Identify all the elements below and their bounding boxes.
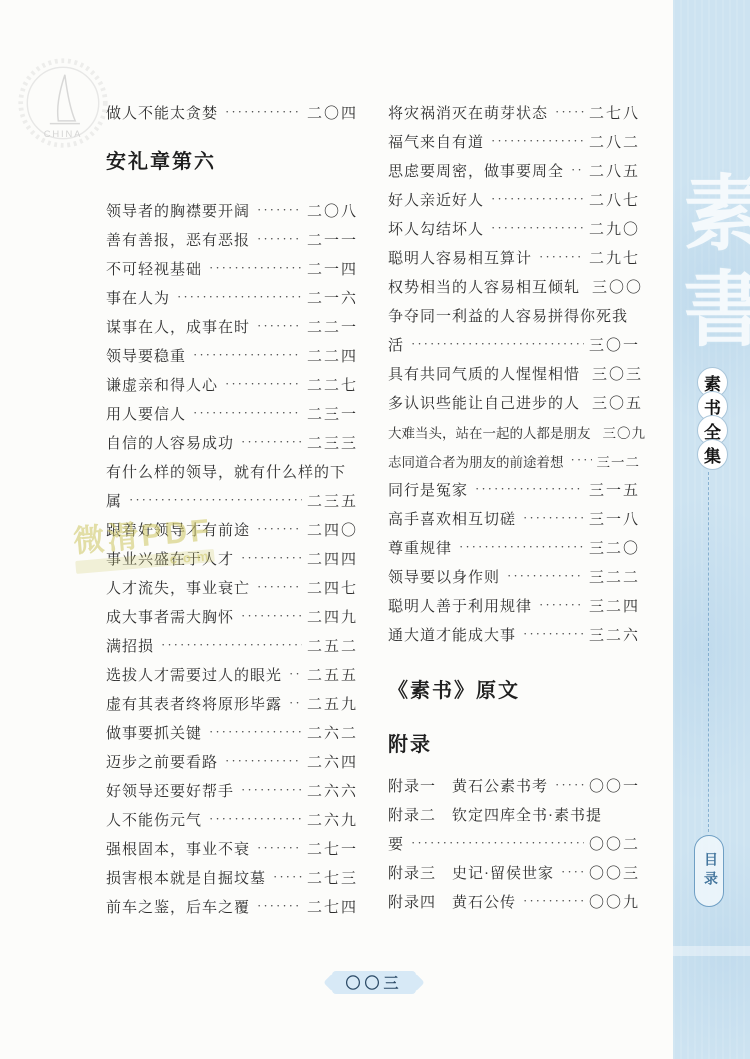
dot-leader: ········································… xyxy=(411,336,584,352)
dot-leader: ········································… xyxy=(129,492,302,508)
dot-leader: ········································… xyxy=(507,568,584,584)
entry-title: 迈步之前要看路 xyxy=(106,751,218,772)
page-number: 二二七 xyxy=(307,374,358,395)
page-number: 〇〇一 xyxy=(589,775,640,796)
toc-entry: 附录四 黄石公传································… xyxy=(388,887,640,916)
entry-title: 跟着好领导才有前途 xyxy=(106,519,250,540)
page-number: 二六六 xyxy=(307,780,358,801)
toc-entry: 前车之鉴，后车之覆·······························… xyxy=(106,892,358,921)
dot-leader: ········································… xyxy=(555,104,584,120)
page-number: 二六九 xyxy=(307,809,358,830)
dot-leader: ········································… xyxy=(539,249,584,265)
entry-title: 人不能伤元气 xyxy=(106,809,202,830)
toc-entry: 谦虚亲和得人心·································… xyxy=(106,370,358,399)
page-number: 二四四 xyxy=(307,548,358,569)
page-number: 二八五 xyxy=(589,160,640,181)
toc-entry: 领导者的胸襟要开阔·······························… xyxy=(106,196,358,225)
toc-entry: 善有善报，恶有恶报·······························… xyxy=(106,225,358,254)
toc-entry: 人不能伤元气··································… xyxy=(106,805,358,834)
toc-entry: 选拔人才需要过人的眼光·····························… xyxy=(106,660,358,689)
toc-entry: 领导要以身作则·································… xyxy=(388,562,640,591)
entry-title: 成大事者需大胸怀 xyxy=(106,606,234,627)
toc-left-column: 做人不能太贪婪·································… xyxy=(106,98,358,921)
page-number: 二七三 xyxy=(307,867,358,888)
publisher-logo-stamp: CHINA xyxy=(16,56,110,150)
dot-leader: ········································… xyxy=(241,550,302,566)
page-number: 二七一 xyxy=(307,838,358,859)
entry-title: 属 xyxy=(106,490,122,511)
dot-leader: ········································… xyxy=(491,133,584,149)
dot-leader: ········································… xyxy=(257,231,302,247)
entry-title: 大难当头，站在一起的人都是朋友 xyxy=(388,422,591,442)
toc-entry: 强根固本，事业不衰·······························… xyxy=(106,834,358,863)
entry-title: 做人不能太贪婪 xyxy=(106,102,218,123)
toc-entry: 活·······································… xyxy=(388,330,640,359)
dot-leader: ········································… xyxy=(257,202,302,218)
toc-entry: 谋事在人，成事在时·······························… xyxy=(106,312,358,341)
dot-leader: ········································… xyxy=(225,753,302,769)
dot-leader: ········································… xyxy=(475,481,584,497)
entry-title: 思虑要周密，做事要周全 xyxy=(388,160,564,181)
dot-leader: ········································… xyxy=(193,347,302,363)
toc-entry: 要·······································… xyxy=(388,829,640,858)
toc-entry: 聪明人善于利用规律·······························… xyxy=(388,591,640,620)
page-number: 二〇四 xyxy=(307,102,358,123)
entry-title: 坏人勾结坏人 xyxy=(388,218,484,239)
dot-leader: ········································… xyxy=(561,864,584,880)
heading-label: 附录 xyxy=(388,728,432,757)
toc-entry: 成大事者需大胸怀································… xyxy=(106,602,358,631)
entry-title: 损害根本就是自掘坟墓 xyxy=(106,867,266,888)
dot-leader: ········································… xyxy=(241,782,302,798)
page-number: 二四〇 xyxy=(307,519,358,540)
dot-leader: ········································… xyxy=(209,811,302,827)
entry-title: 同行是冤家 xyxy=(388,479,468,500)
toc-entry: 事业兴盛在于人才································… xyxy=(106,544,358,573)
entry-title: 领导要稳重 xyxy=(106,345,186,366)
series-badge: 素书全集 xyxy=(697,367,728,470)
dot-leader: ········································… xyxy=(209,260,302,276)
toc-entry-wrap: 争夺同一利益的人容易拼得你死我 xyxy=(388,301,640,330)
toc-entry: 附录一 黄石公素书考······························… xyxy=(388,771,640,800)
toc-entry: 领导要稳重···································… xyxy=(106,341,358,370)
book-page: CHINA 微滑PDF com 做人不能太贪婪·················… xyxy=(0,0,750,1059)
page-number: 三一五 xyxy=(589,479,640,500)
entry-title: 强根固本，事业不衰 xyxy=(106,838,250,859)
entry-title: 将灾祸消灭在萌芽状态 xyxy=(388,102,548,123)
page-number: 三〇〇 xyxy=(592,276,643,297)
dot-leader: ········································… xyxy=(257,521,302,537)
page-number: 二五二 xyxy=(307,635,358,656)
page-number: 〇〇九 xyxy=(589,891,640,912)
toc-entry: 将灾祸消灭在萌芽状态······························… xyxy=(388,98,640,127)
page-number: 二一六 xyxy=(307,287,358,308)
page-number: 二八二 xyxy=(589,131,640,152)
dot-leader: ········································… xyxy=(289,695,302,711)
entry-title: 前车之鉴，后车之覆 xyxy=(106,896,250,917)
entry-title: 聪明人容易相互算计 xyxy=(388,247,532,268)
toc-entry: 大难当头，站在一起的人都是朋友·························… xyxy=(388,417,640,446)
entry-title: 好领导还要好帮手 xyxy=(106,780,234,801)
toc-entry: 福气来自有道··································… xyxy=(388,127,640,156)
page-number: 三二四 xyxy=(589,595,640,616)
entry-title: 多认识些能让自己进步的人 xyxy=(388,392,580,413)
dot-leader: ········································… xyxy=(491,220,584,236)
entry-title: 好人亲近好人 xyxy=(388,189,484,210)
page-number: 二五九 xyxy=(307,693,358,714)
dot-leader: ········································… xyxy=(523,626,584,642)
page-number: 二二一 xyxy=(307,316,358,337)
dot-leader: ········································… xyxy=(225,376,302,392)
toc-entry: 尊重规律····································… xyxy=(388,533,640,562)
page-number: 二六四 xyxy=(307,751,358,772)
heading-label: 《素书》原文 xyxy=(388,674,520,703)
page-number: 二三一 xyxy=(307,403,358,424)
toc-entry: 高手喜欢相互切磋································… xyxy=(388,504,640,533)
entry-title: 满招损 xyxy=(106,635,154,656)
page-number: 三二六 xyxy=(589,624,640,645)
dot-leader: ········································… xyxy=(225,104,302,120)
toc-entry: 属·······································… xyxy=(106,486,358,515)
dot-leader: ········································… xyxy=(571,452,592,468)
entry-title: 聪明人善于利用规律 xyxy=(388,595,532,616)
page-number: 二五五 xyxy=(307,664,358,685)
page-number: 二六二 xyxy=(307,722,358,743)
dot-leader: ········································… xyxy=(289,666,302,682)
entry-title: 领导要以身作则 xyxy=(388,566,500,587)
entry-title: 附录三 史记·留侯世家 xyxy=(388,862,554,883)
toc-entry-wrap: 附录二 钦定四库全书·素书提 xyxy=(388,800,640,829)
page-number: 三〇五 xyxy=(592,392,643,413)
toc-entry: 好人亲近好人··································… xyxy=(388,185,640,214)
entry-title: 福气来自有道 xyxy=(388,131,484,152)
toc-entry: 志同道合者为朋友的前途着想···························… xyxy=(388,446,640,475)
page-number: 二一四 xyxy=(307,258,358,279)
dot-leader: ········································… xyxy=(523,893,584,909)
entry-title: 志同道合者为朋友的前途着想 xyxy=(388,451,564,471)
toc-entry: 附录三 史记·留侯世家·····························… xyxy=(388,858,640,887)
page-number: 二九〇 xyxy=(589,218,640,239)
entry-title: 附录四 黄石公传 xyxy=(388,891,516,912)
page-number-badge: 〇〇三 xyxy=(332,971,416,994)
series-badge-character: 集 xyxy=(697,439,728,470)
entry-title: 具有共同气质的人惺惺相惜 xyxy=(388,363,580,384)
toc-entry: 权势相当的人容易相互倾轧····························… xyxy=(388,272,640,301)
entry-title: 有什么样的领导，就有什么样的下 xyxy=(106,461,358,482)
entry-title: 谋事在人，成事在时 xyxy=(106,316,250,337)
toc-entry: 用人要信人···································… xyxy=(106,399,358,428)
page-number: 二〇八 xyxy=(307,200,358,221)
entry-title: 通大道才能成大事 xyxy=(388,624,516,645)
entry-title: 争夺同一利益的人容易拼得你死我 xyxy=(388,305,640,326)
dot-leader: ········································… xyxy=(241,608,302,624)
heading-label: 安礼章第六 xyxy=(106,145,216,174)
entry-title: 附录一 黄石公素书考 xyxy=(388,775,548,796)
page-number: 三二〇 xyxy=(589,537,640,558)
entry-title: 要 xyxy=(388,833,404,854)
toc-entry: 迈步之前要看路·································… xyxy=(106,747,358,776)
page-number: 二三三 xyxy=(307,432,358,453)
toc-entry: 坏人勾结坏人··································… xyxy=(388,214,640,243)
dot-leader: ········································… xyxy=(257,840,302,856)
entry-title: 权势相当的人容易相互倾轧 xyxy=(388,276,580,297)
page-number: 三〇一 xyxy=(589,334,640,355)
toc-entry: 好领导还要好帮手································… xyxy=(106,776,358,805)
dot-leader: ········································… xyxy=(209,724,302,740)
entry-title: 虚有其表者终将原形毕露 xyxy=(106,693,282,714)
page-number: 三〇三 xyxy=(592,363,643,384)
toc-entry: 虚有其表者终将原形毕露·····························… xyxy=(106,689,358,718)
toc-entry: 人才流失，事业衰亡·······························… xyxy=(106,573,358,602)
page-number: 三一二 xyxy=(597,451,641,471)
entry-title: 事在人为 xyxy=(106,287,170,308)
toc-heading: 附录 xyxy=(388,727,640,757)
dot-leader: ········································… xyxy=(491,191,584,207)
toc-entry: 跟着好领导才有前途·······························… xyxy=(106,515,358,544)
toc-entry: 具有共同气质的人惺惺相惜····························… xyxy=(388,359,640,388)
publisher-logo: CHINA xyxy=(16,56,110,150)
page-number: 三一八 xyxy=(589,508,640,529)
entry-title: 人才流失，事业衰亡 xyxy=(106,577,250,598)
toc-entry: 不可轻视基础··································… xyxy=(106,254,358,283)
toc-entry: 聪明人容易相互算计·······························… xyxy=(388,243,640,272)
entry-title: 做事要抓关键 xyxy=(106,722,202,743)
dot-leader: ········································… xyxy=(177,289,302,305)
toc-entry: 做人不能太贪婪·································… xyxy=(106,98,358,127)
toc-entry: 满招损·····································… xyxy=(106,631,358,660)
sail-icon xyxy=(58,75,76,121)
page-number: 〇〇二 xyxy=(589,833,640,854)
dot-leader: ········································… xyxy=(555,777,584,793)
page-number: 三二二 xyxy=(589,566,640,587)
entry-title: 不可轻视基础 xyxy=(106,258,202,279)
entry-title: 谦虚亲和得人心 xyxy=(106,374,218,395)
entry-title: 事业兴盛在于人才 xyxy=(106,548,234,569)
toc-right-column: 将灾祸消灭在萌芽状态······························… xyxy=(388,98,640,916)
toc-entry: 损害根本就是自掘坟墓······························… xyxy=(106,863,358,892)
dot-leader: ········································… xyxy=(411,835,584,851)
toc-entry-wrap: 有什么样的领导，就有什么样的下 xyxy=(106,457,358,486)
toc-entry: 同行是冤家···································… xyxy=(388,475,640,504)
logo-text: CHINA xyxy=(44,128,83,139)
dot-leader: ········································… xyxy=(241,434,302,450)
toc-entry: 思虑要周密，做事要周全·····························… xyxy=(388,156,640,185)
toc-entry: 通大道才能成大事································… xyxy=(388,620,640,649)
dot-leader: ········································… xyxy=(257,579,302,595)
entry-title: 尊重规律 xyxy=(388,537,452,558)
toc-entry: 自信的人容易成功································… xyxy=(106,428,358,457)
sidebar-band-stripe xyxy=(673,946,750,956)
entry-title: 附录二 钦定四库全书·素书提 xyxy=(388,804,640,825)
dot-leader: ········································… xyxy=(193,405,302,421)
page-number: 二二四 xyxy=(307,345,358,366)
entry-title: 自信的人容易成功 xyxy=(106,432,234,453)
dot-leader: ········································… xyxy=(459,539,584,555)
entry-title: 善有善报，恶有恶报 xyxy=(106,229,250,250)
entry-title: 领导者的胸襟要开阔 xyxy=(106,200,250,221)
dot-leader: ········································… xyxy=(539,597,584,613)
dot-leader: ········································… xyxy=(523,510,584,526)
entry-title: 高手喜欢相互切磋 xyxy=(388,508,516,529)
page-number: 三〇九 xyxy=(603,422,647,442)
page-number: 二四七 xyxy=(307,577,358,598)
page-number: 〇〇三 xyxy=(589,862,640,883)
entry-title: 用人要信人 xyxy=(106,403,186,424)
dot-leader: ········································… xyxy=(273,869,302,885)
page-number: 二三五 xyxy=(307,490,358,511)
toc-entry: 事在人为····································… xyxy=(106,283,358,312)
toc-entry: 做事要抓关键··································… xyxy=(106,718,358,747)
page-number: 二九七 xyxy=(589,247,640,268)
page-number: 二一一 xyxy=(307,229,358,250)
toc-entry: 多认识些能让自己进步的人····························… xyxy=(388,388,640,417)
dot-leader: ········································… xyxy=(161,637,302,653)
page-number: 二四九 xyxy=(307,606,358,627)
toc-heading: 安礼章第六 xyxy=(106,144,358,174)
toc-heading: 《素书》原文 xyxy=(388,673,640,703)
dashed-divider xyxy=(708,472,709,832)
page-number: 二七四 xyxy=(307,896,358,917)
dot-leader: ········································… xyxy=(571,162,584,178)
page-number: 二八七 xyxy=(589,189,640,210)
page-number: 二七八 xyxy=(589,102,640,123)
dot-leader: ········································… xyxy=(257,318,302,334)
dot-leader: ········································… xyxy=(257,898,302,914)
entry-title: 活 xyxy=(388,334,404,355)
sidebar-title-calligraphy: 素書 xyxy=(676,170,750,560)
toc-section-badge: 目录 xyxy=(694,835,724,907)
entry-title: 选拔人才需要过人的眼光 xyxy=(106,664,282,685)
